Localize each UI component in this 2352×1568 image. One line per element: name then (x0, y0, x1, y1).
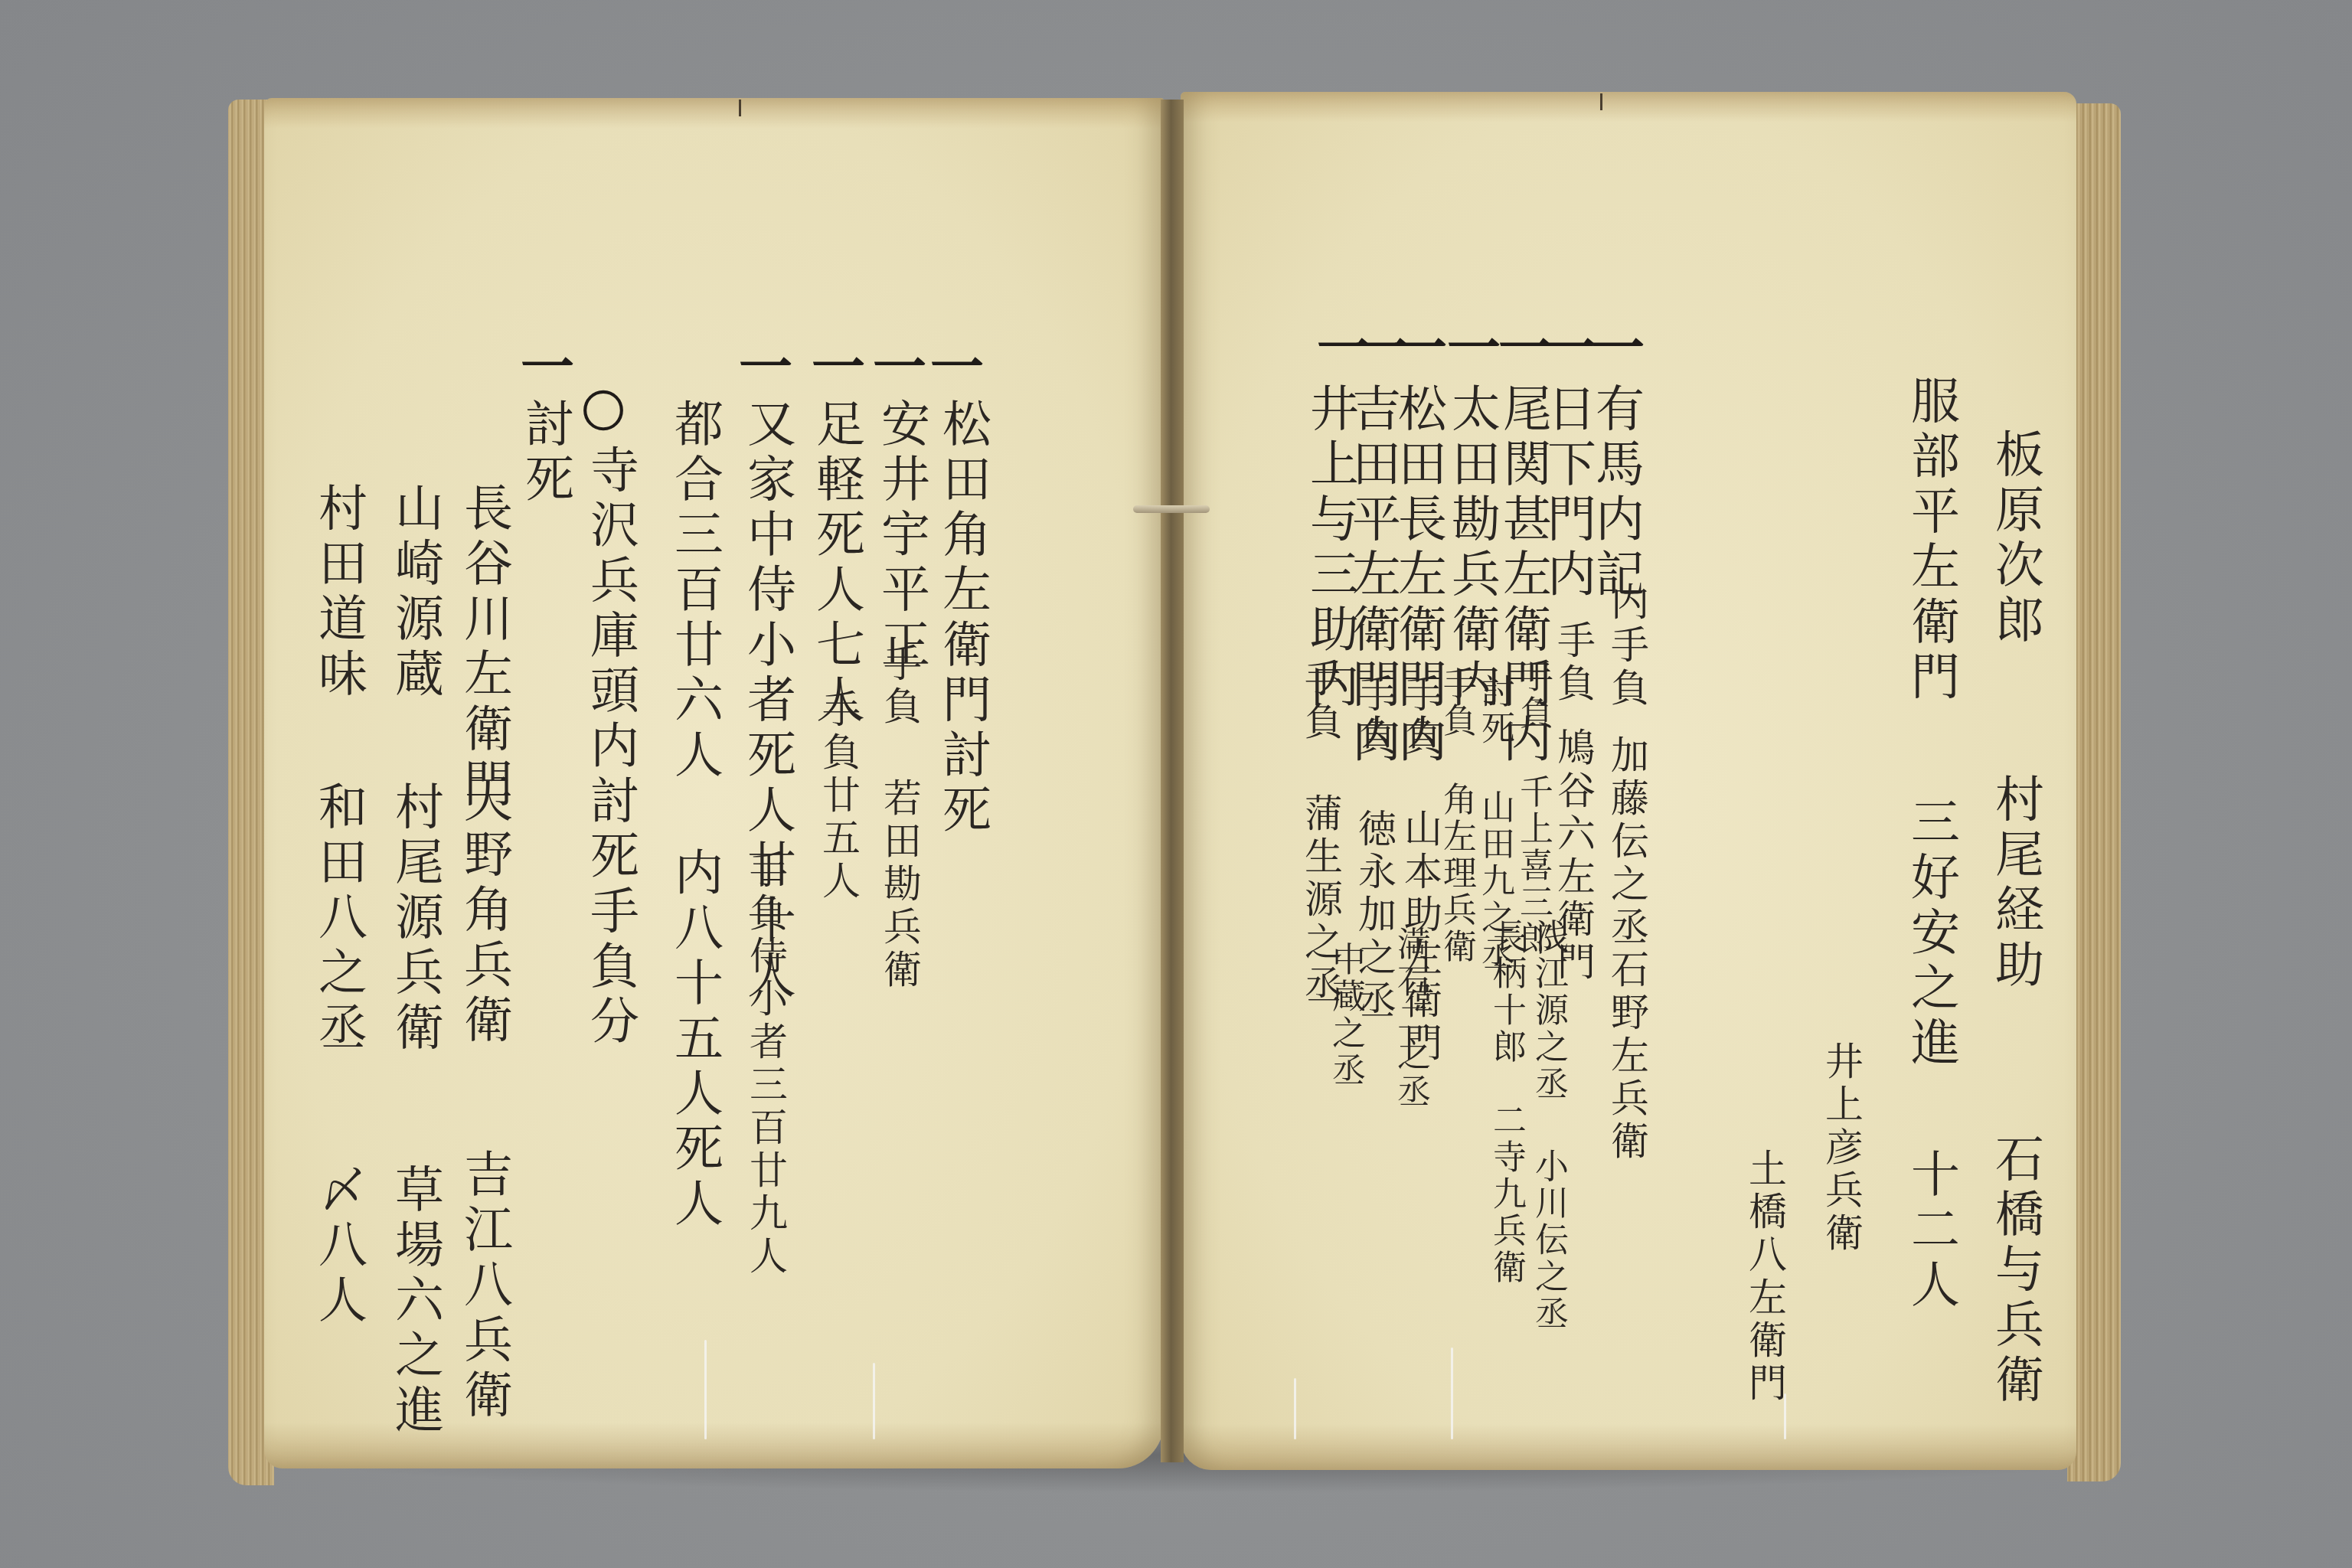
left-entry-1-text: 松田角左衛門討死 (938, 398, 987, 839)
right-header-name-4-bottom: 十二人 (1906, 1148, 1955, 1314)
fold-mark (1600, 93, 1602, 110)
right-entry-1-name-1: 加藤伝之丞 (1608, 735, 1646, 949)
left-name-1-top: 長谷川左衛門 (459, 482, 508, 813)
right-entry-1-name-2: 石野左兵衛 (1608, 949, 1646, 1164)
binding-thread (1133, 505, 1210, 513)
left-entry-3-text: 足軽死人七人 (812, 398, 861, 729)
right-entry-4-name-1: 長柄十郎 (1489, 919, 1523, 1066)
entry-marker: 一 (1498, 322, 1552, 375)
left-entry-2-note: 手負 若田勘兵衛 (880, 643, 919, 992)
right-entry-3-name-2: 小川伝之丞 (1531, 1148, 1565, 1332)
entry-marker: 一 (930, 341, 984, 394)
fold-mark (739, 100, 741, 116)
entry-marker: 一 (812, 341, 865, 394)
right-header-name-2-top: 服部平左衛門 (1906, 375, 1955, 706)
right-entry-7-note: 手負 蒲生源之丞 (1302, 658, 1340, 1008)
paper-crack (704, 1340, 707, 1439)
right-header-name-3-bottom: 石橋与兵衛 (1991, 1133, 2040, 1409)
entry-marker: 一 (739, 341, 792, 394)
paper-crack (873, 1363, 875, 1439)
left-subheading: 寺沢兵庫頭内討死手負分 (586, 444, 635, 1050)
left-name-6-top: 和田八之丞 (314, 781, 363, 1057)
right-entry-3-name-1: 浅江源之丞 (1531, 919, 1565, 1102)
right-entry-1-note: 内手負 (1608, 582, 1646, 710)
left-entry-4-note: 手負侍小者三百廿九人 (746, 850, 785, 1279)
left-entry-3-note: 手負廿五人 (819, 689, 857, 903)
left-total: 都合三百廿六人 内八十五人死人 (670, 398, 719, 1233)
right-header-name-2-bottom: 三好安之進 (1906, 796, 1955, 1072)
right-entry-4-main: 太田勘兵衛内 (1447, 383, 1496, 714)
left-name-3-bottom: 草場六之進 (390, 1164, 439, 1439)
right-entry-1-name-4: 土橋八左衛門 (1746, 1148, 1784, 1406)
entry-marker: 一 (1591, 322, 1645, 375)
entry-marker: 一 (1317, 322, 1370, 375)
book-gutter (1161, 100, 1184, 1462)
right-entry-1-main: 有馬内記 (1591, 383, 1640, 603)
right-header-name-1-bottom: 村尾経助 (1991, 773, 2040, 994)
left-entry-2-text: 安井宇平正 (877, 398, 926, 674)
entry-marker: 一 (1447, 322, 1501, 375)
right-entry-3-note-1: 手負 千上喜三郎 (1516, 658, 1550, 958)
left-name-4-top: 村尾源兵衛 (390, 781, 439, 1057)
left-last-entry: 討死 (521, 398, 570, 508)
entry-marker: 一 (521, 341, 574, 394)
right-entry-2-note: 手負 (1554, 620, 1592, 706)
entry-marker: 一 (873, 341, 926, 394)
paper-crack (1294, 1378, 1296, 1439)
right-entry-1-name-3: 井上彦兵衛 (1822, 1041, 1860, 1256)
right-entry-5-name-1: 満石二之丞 (1393, 926, 1427, 1110)
right-entry-4-name-2: 二寺九兵衛 (1489, 1102, 1523, 1286)
paper-crack (1451, 1347, 1453, 1439)
right-header-name-1-top: 板原次郎 (1991, 429, 2040, 649)
circle-marker: 〇 (582, 390, 625, 433)
left-name-5-top: 村田道味 (314, 482, 363, 703)
left-name-3-top: 山崎源蔵 (390, 482, 439, 703)
left-name-5-bottom: 〆八人 (314, 1164, 363, 1329)
left-name-2-top: 天野角兵衛 (459, 773, 508, 1049)
paper-crack (1784, 1393, 1786, 1439)
left-name-1-bottom: 吉江八兵衛 (459, 1148, 508, 1424)
